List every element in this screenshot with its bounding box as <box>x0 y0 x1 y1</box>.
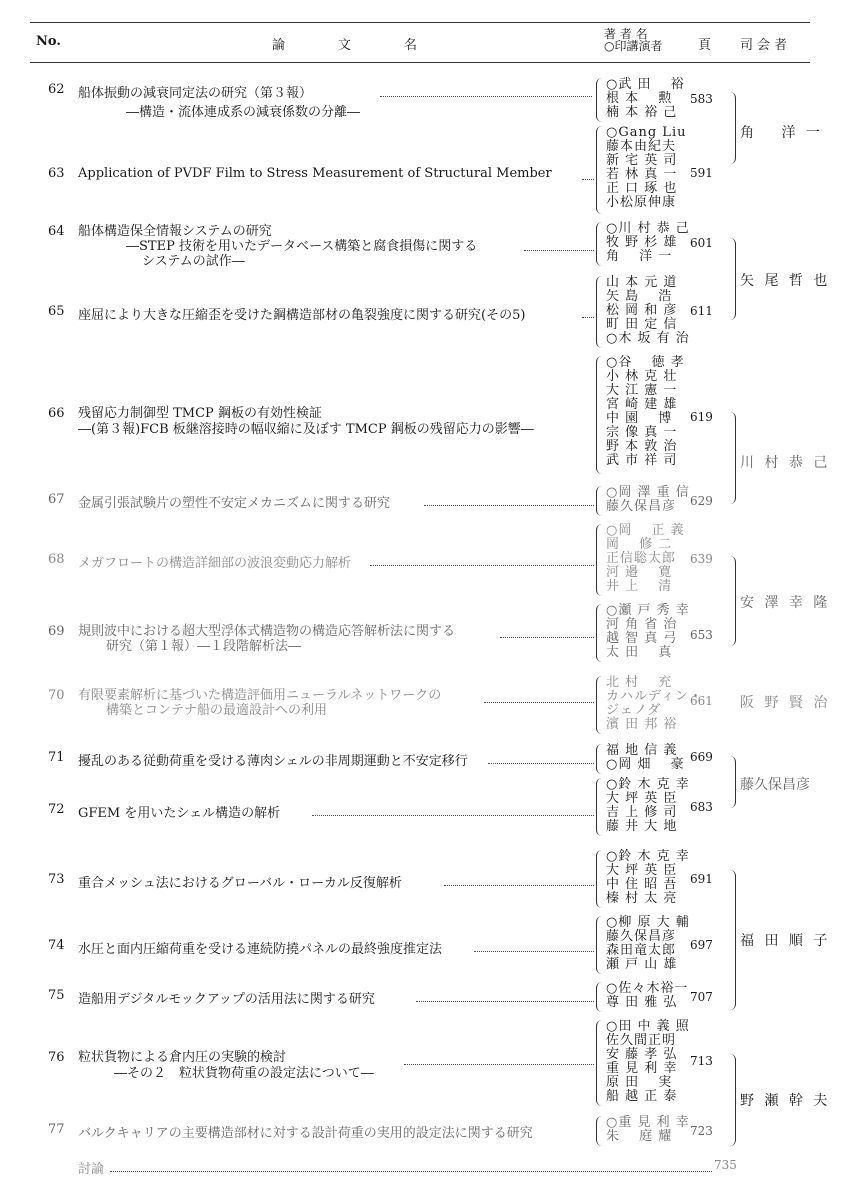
author-list: ○岡 正 義 岡 修 二 正信聡太郎 河 邉 寛 井 上 清 <box>606 524 685 594</box>
paper-number: 66 <box>48 406 65 421</box>
page-number: 583 <box>690 92 713 106</box>
discussion-page: 735 <box>714 1158 737 1172</box>
paper-number: 77 <box>48 1122 65 1137</box>
author-list: ○武 田 裕 根 本 勲 楠 本 裕 己 <box>606 78 685 120</box>
session-chair: 藤久保昌彦 <box>740 774 810 794</box>
chair-brace <box>730 756 736 808</box>
chair-brace <box>730 412 736 504</box>
leader-dots <box>444 885 594 886</box>
paper-number: 73 <box>48 872 65 887</box>
paper-number: 69 <box>48 624 65 639</box>
author-list: ○鈴 木 克 幸 大 坪 英 臣 中 住 昭 吾 榛 村 太 亮 <box>606 850 690 906</box>
leader-dots <box>524 250 594 251</box>
leader-dots <box>582 317 594 318</box>
author-brace <box>596 276 603 348</box>
paper-number: 63 <box>48 166 65 181</box>
paper-number: 76 <box>48 1050 65 1065</box>
author-list: ○重 見 利 幸 朱 庭 耀 <box>606 1116 690 1144</box>
page-number: 619 <box>690 410 713 424</box>
paper-number: 70 <box>48 688 65 703</box>
author-list: ○田 中 義 照 佐久間正明 安 藤 孝 弘 重 見 利 幸 原 田 実 船 越… <box>606 1020 690 1104</box>
author-brace <box>596 222 603 266</box>
session-chair: 安 澤 幸 隆 <box>740 592 830 612</box>
chair-brace <box>730 1054 736 1146</box>
page-number: 691 <box>690 872 713 886</box>
header-top-rule <box>30 22 810 23</box>
session-chair: 阪 野 賢 治 <box>740 692 830 712</box>
paper-number: 64 <box>48 224 65 239</box>
paper-title: 擾乱のある従動荷重を受ける薄肉シェルの非周期運動と不安定移行 <box>78 750 468 769</box>
paper-title: バルクキャリアの主要構造部材に対する設計荷重の実用的設定法に関する研究 <box>78 1122 533 1141</box>
paper-title: 座屈により大きな圧縮歪を受けた鋼構造部材の亀裂強度に関する研究(その5) <box>78 304 525 323</box>
page-number: 611 <box>690 304 713 318</box>
author-list: ○鈴 木 克 幸 大 坪 英 臣 吉 上 修 司 藤 井 大 地 <box>606 778 690 834</box>
chair-brace <box>730 238 736 320</box>
leader-dots <box>488 763 594 764</box>
author-brace <box>596 676 603 734</box>
leader-dots <box>370 565 594 566</box>
author-list: ○柳 原 大 輔 藤久保昌彦 森田竜太郎 瀬 戸 山 雄 <box>606 916 690 972</box>
header-chair: 司会者 <box>740 34 791 53</box>
paper-title: 水圧と面内圧縮荷重を受ける連続防撓パネルの最終強度推定法 <box>78 938 442 957</box>
session-chair: 矢 尾 哲 也 <box>740 270 830 290</box>
paper-number: 72 <box>48 802 65 817</box>
leader-dots <box>582 179 594 180</box>
session-chair: 角 洋 一 <box>740 122 823 142</box>
leader-dots <box>474 951 594 952</box>
header-no: No. <box>36 34 61 49</box>
author-brace <box>596 1020 603 1106</box>
paper-title: 規則波中における超大型浮体式構造物の構造応答解析法に関する 研究（第１報）―１段… <box>78 624 455 654</box>
header-author-bottom: ○印講演者 <box>604 40 662 52</box>
page-number: 591 <box>690 166 713 180</box>
leader-dots <box>110 1171 712 1172</box>
paper-title: 重合メッシュ法におけるグローバル・ローカル反復解析 <box>78 872 402 891</box>
session-chair: 川 村 恭 己 <box>740 452 830 472</box>
paper-number: 68 <box>48 552 65 567</box>
page-number: 697 <box>690 938 713 952</box>
author-brace <box>596 356 603 474</box>
paper-number: 65 <box>48 304 65 319</box>
header-title: 論 文 名 <box>272 34 437 53</box>
leader-dots <box>416 1001 594 1002</box>
paper-title: 金属引張試験片の塑性不安定メカニズムに関する研究 <box>78 492 390 511</box>
leader-dots <box>404 1064 594 1065</box>
chair-brace <box>730 556 736 646</box>
paper-title: 船体振動の減衰同定法の研究（第３報） ―構造・流体連成系の減衰係数の分離― <box>78 82 360 120</box>
page-number: 601 <box>690 236 713 250</box>
author-list: ○瀬 戸 秀 幸 河 角 省 治 越 智 真 弓 太 田 真 <box>606 604 690 660</box>
page-number: 653 <box>690 628 713 642</box>
leader-dots <box>500 637 594 638</box>
paper-title: 残留応力制御型 TMCP 鋼板の有効性検証 ―(第３報)FCB 板継溶接時の幅収… <box>78 406 534 438</box>
author-list: 北 村 充 カハルディン・ ジェノダ 濱 田 邦 裕 <box>606 676 703 732</box>
discussion-label: 討論 <box>78 1158 104 1177</box>
author-list: 福 地 信 義 ○岡 畑 豪 <box>606 744 685 772</box>
session-chair: 野 瀬 幹 夫 <box>740 1090 830 1110</box>
paper-title: 粒状貨物による倉内圧の実験的検討 ―その２ 粒状貨物荷重の設定法について― <box>78 1050 374 1082</box>
paper-title: 造船用デジタルモックアップの活用法に関する研究 <box>78 988 375 1007</box>
author-list: ○Gang Liu 藤本由紀夫 新 宅 英 司 若 林 真 一 正 口 琢 也 … <box>606 126 686 210</box>
paper-title: メガフロートの構造詳細部の波浪変動応力解析 <box>78 552 351 571</box>
paper-number: 67 <box>48 492 65 507</box>
paper-number: 75 <box>48 988 65 1003</box>
author-list: ○佐々木裕一 尊 田 雅 弘 <box>606 982 688 1010</box>
paper-title: Application of PVDF Film to Stress Measu… <box>78 166 552 181</box>
author-brace <box>596 524 603 596</box>
author-brace <box>596 982 603 1012</box>
paper-title: 船体構造保全情報システムの研究 ―STEP 技術を用いたデータベース構築と腐食損… <box>78 224 477 269</box>
author-brace <box>596 744 603 774</box>
author-list: 山 本 元 道 矢 島 浩 松 岡 和 彦 町 田 定 信 ○木 坂 有 治 <box>606 276 690 346</box>
page-number: 723 <box>690 1124 713 1138</box>
session-chair: 福 田 順 子 <box>740 930 830 950</box>
header-bottom-rule <box>30 62 810 63</box>
author-brace <box>596 486 603 516</box>
author-list: ○谷 徳 孝 小 林 克 壮 大 江 憲 一 宮 崎 建 雄 中 園 博 宗 像… <box>606 356 685 468</box>
author-list: ○岡 澤 重 信 藤久保昌彦 <box>606 486 690 514</box>
page-number: 669 <box>690 750 713 764</box>
chair-brace <box>730 92 736 164</box>
page-number: 707 <box>690 990 713 1004</box>
leader-dots <box>484 702 594 703</box>
author-brace <box>596 916 603 974</box>
paper-title: 有限要素解析に基づいた構造評価用ニューラルネットワークの 構築とコンテナ船の最適… <box>78 688 441 718</box>
paper-number: 74 <box>48 938 65 953</box>
paper-number: 71 <box>48 750 65 765</box>
author-brace <box>596 126 603 214</box>
page-number: 639 <box>690 552 713 566</box>
chair-brace <box>730 870 736 1010</box>
author-brace <box>596 1116 603 1146</box>
author-brace <box>596 604 603 662</box>
author-brace <box>596 850 603 908</box>
page-number: 683 <box>690 800 713 814</box>
paper-title: GFEM を用いたシェル構造の解析 <box>78 802 280 821</box>
page-number: 661 <box>690 694 713 708</box>
page-number: 629 <box>690 494 713 508</box>
leader-dots <box>312 815 594 816</box>
header-page: 頁 <box>698 34 711 53</box>
leader-dots <box>424 505 594 506</box>
page-number: 713 <box>690 1054 713 1068</box>
author-brace <box>596 78 603 122</box>
paper-number: 62 <box>48 82 65 97</box>
author-list: ○川 村 恭 己 牧 野 杉 雄 角 洋 一 <box>606 222 690 264</box>
leader-dots <box>380 96 592 97</box>
author-brace <box>596 778 603 836</box>
